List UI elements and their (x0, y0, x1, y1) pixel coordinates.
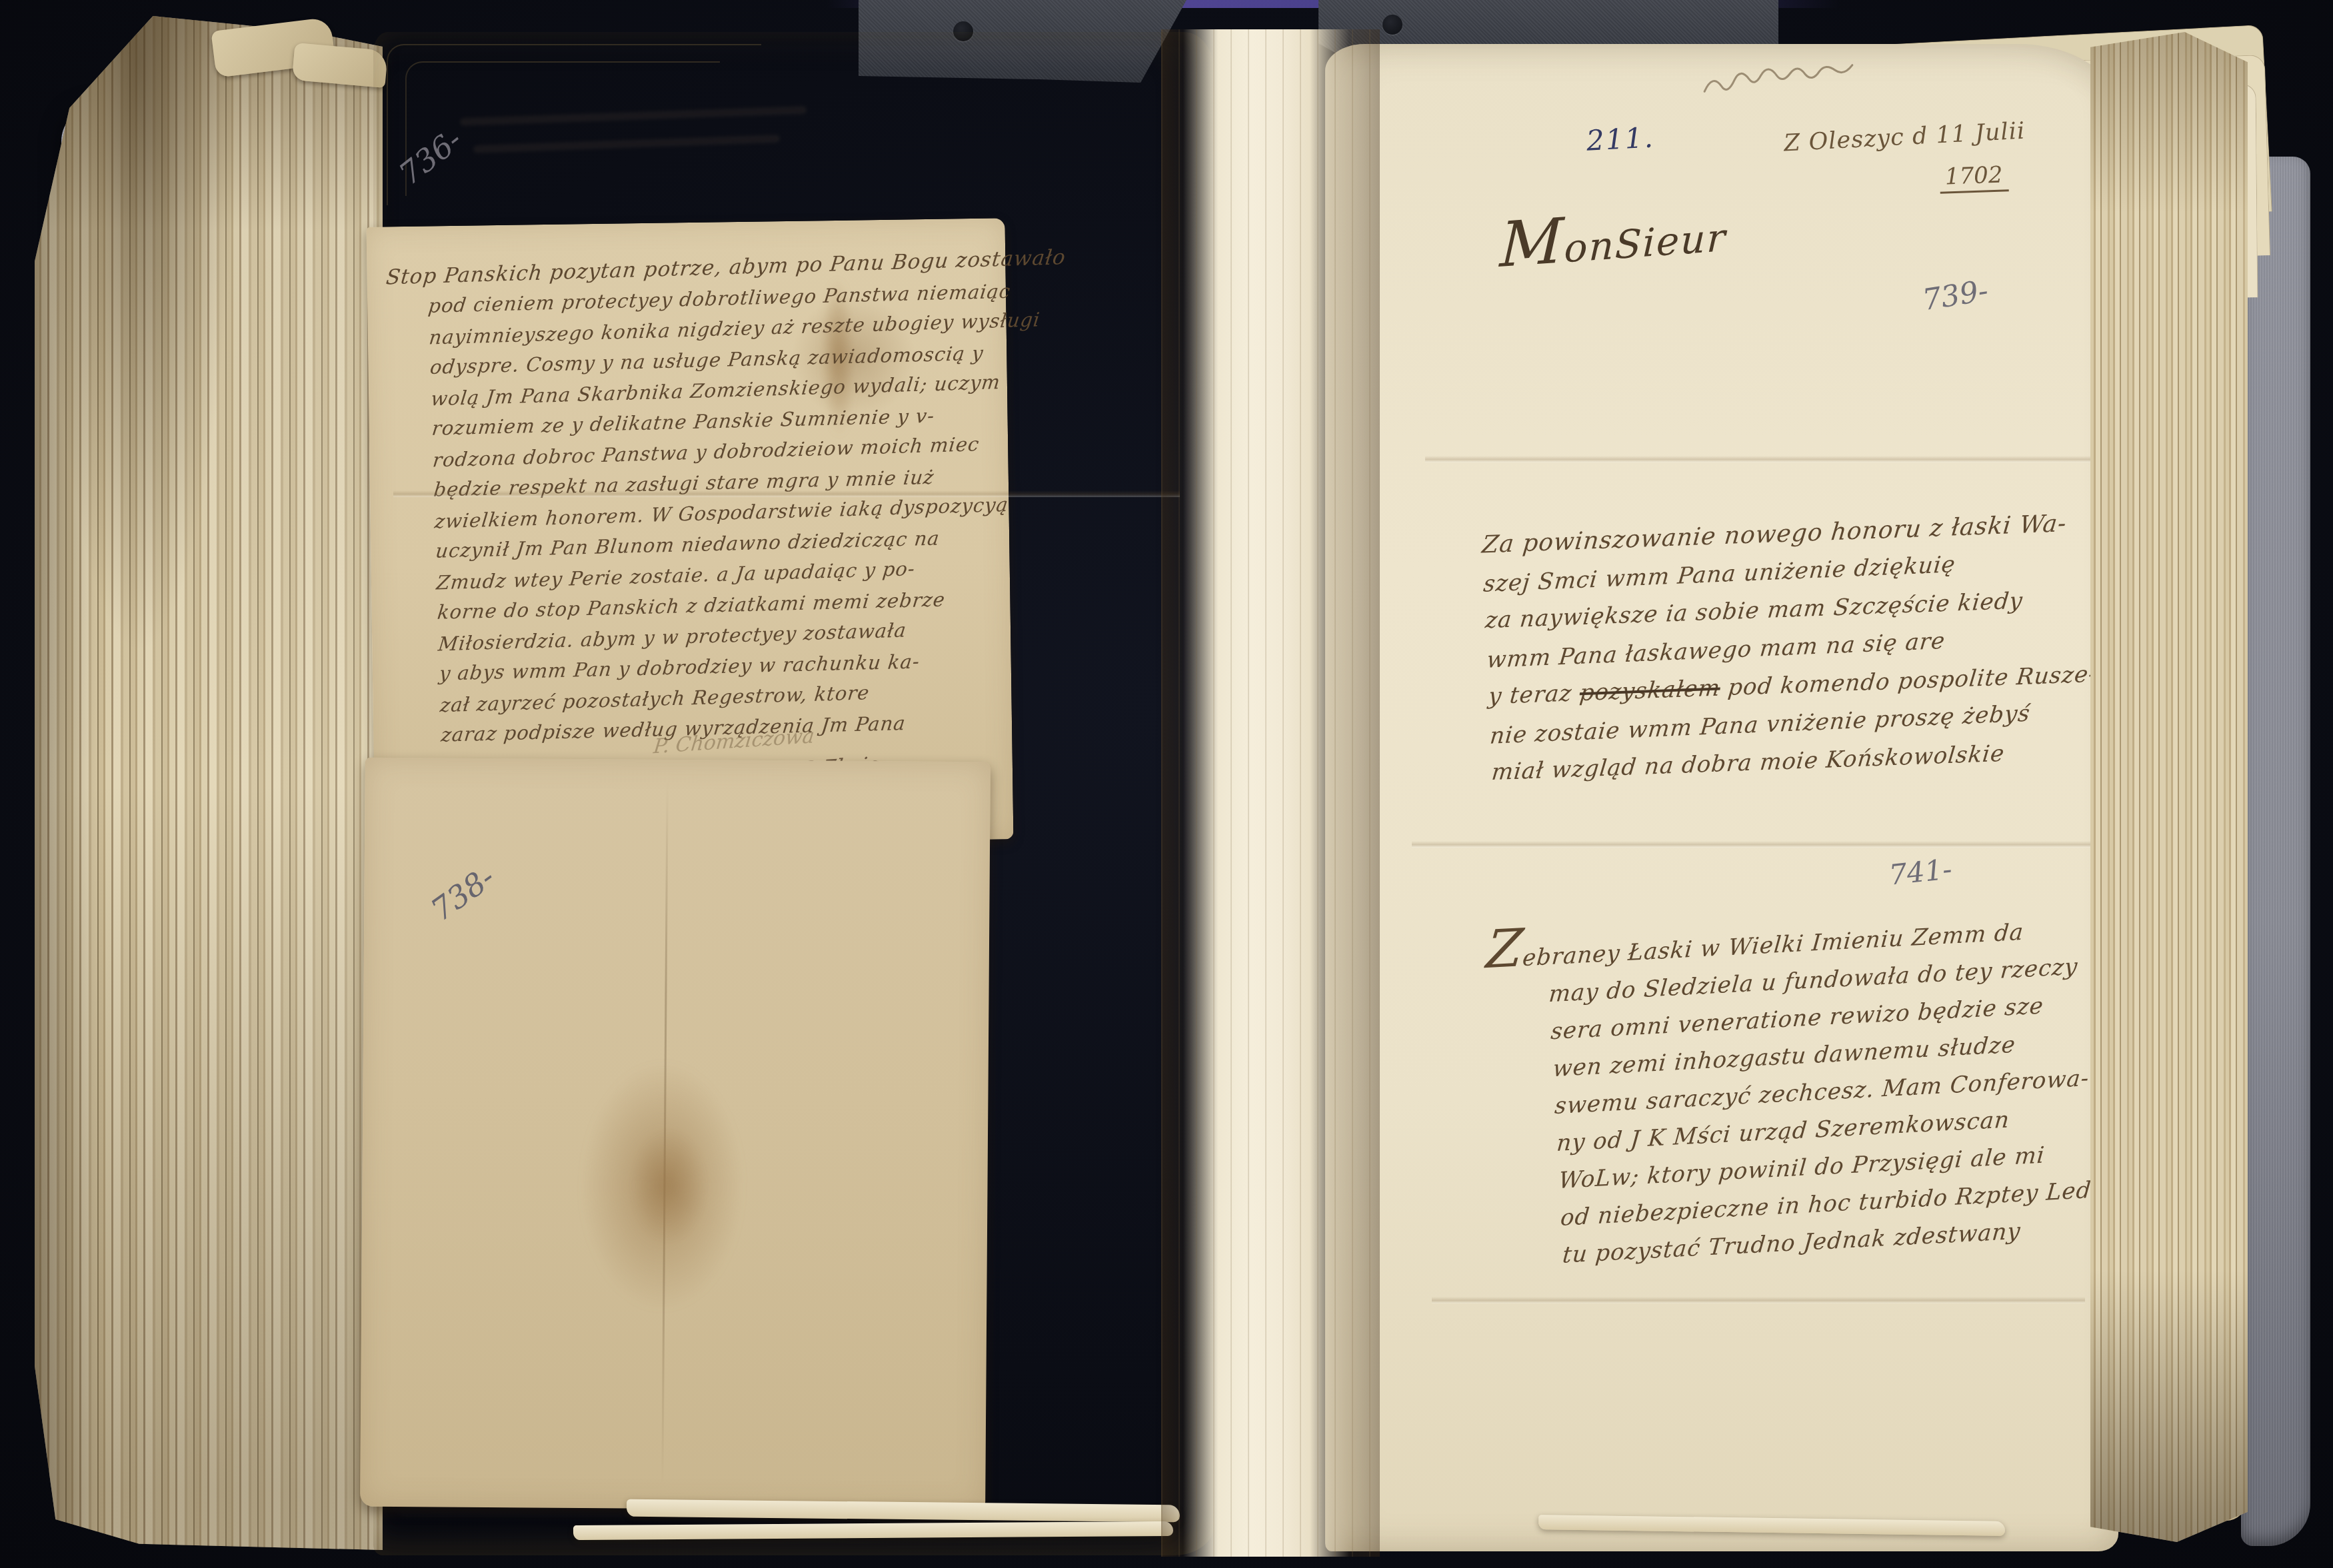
letter-body: Stop Panskich pozytan potrze, abym po Pa… (386, 245, 1000, 752)
pencil-page-number: 741- (1888, 852, 1954, 892)
blank-attached-sheet: 738- (360, 758, 991, 1511)
page-crease (1432, 1297, 2085, 1303)
left-page: 736- Stop Panskich pozytan potrze, abym … (373, 32, 1214, 1555)
letter-one-body: Za powinszowanie nowego honoru z łaski W… (1481, 501, 2118, 793)
pasted-letter-sheet: Stop Panskich pozytan potrze, abym po Pa… (367, 218, 1014, 848)
torn-bottom-edge (1538, 1515, 2005, 1536)
archive-number: 211. (1586, 121, 1655, 157)
salutation: MonSieur (1499, 193, 1728, 281)
letter-two-body: Zebraney Łaski w Wielki Imieniu Zemm dam… (1484, 908, 2134, 1277)
book-gutter (1161, 29, 1380, 1557)
torn-bottom-edge (627, 1499, 1180, 1523)
page-stack-left-fore-edge (35, 16, 383, 1550)
clamp-hole-icon (1382, 15, 1402, 35)
archival-book-photograph: 736- Stop Panskich pozytan potrze, abym … (0, 0, 2333, 1568)
faint-edge-fragment (1697, 49, 1926, 105)
sheet-edge (1412, 841, 2098, 848)
annotation-year-underlined: 1702 (1939, 161, 2008, 194)
page-crease (393, 490, 1180, 497)
pencil-page-number: 739- (1920, 274, 1991, 318)
page-crease (1425, 456, 2092, 462)
torn-bottom-edge (573, 1521, 1173, 1540)
book-cover-right-edge (2241, 157, 2310, 1546)
right-page: 211. Z Oleszyc d 11 Julii 1702 MonSieur … (1325, 44, 2118, 1551)
place-date-annotation: Z Oleszyc d 11 Julii (1783, 118, 2026, 157)
page-stack-right-fore-edge (2090, 32, 2248, 1542)
pencil-page-number: 738- (424, 859, 501, 928)
